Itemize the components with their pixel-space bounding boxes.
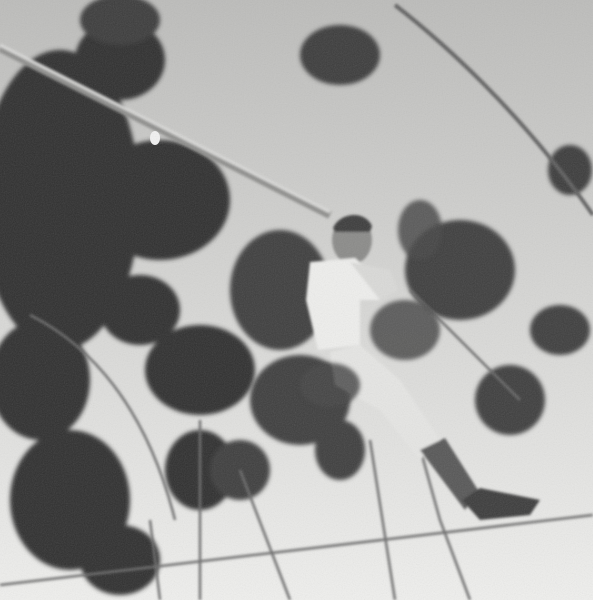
photo-scene <box>0 0 593 600</box>
film-grain <box>0 0 593 600</box>
vintage-photograph <box>0 0 593 600</box>
